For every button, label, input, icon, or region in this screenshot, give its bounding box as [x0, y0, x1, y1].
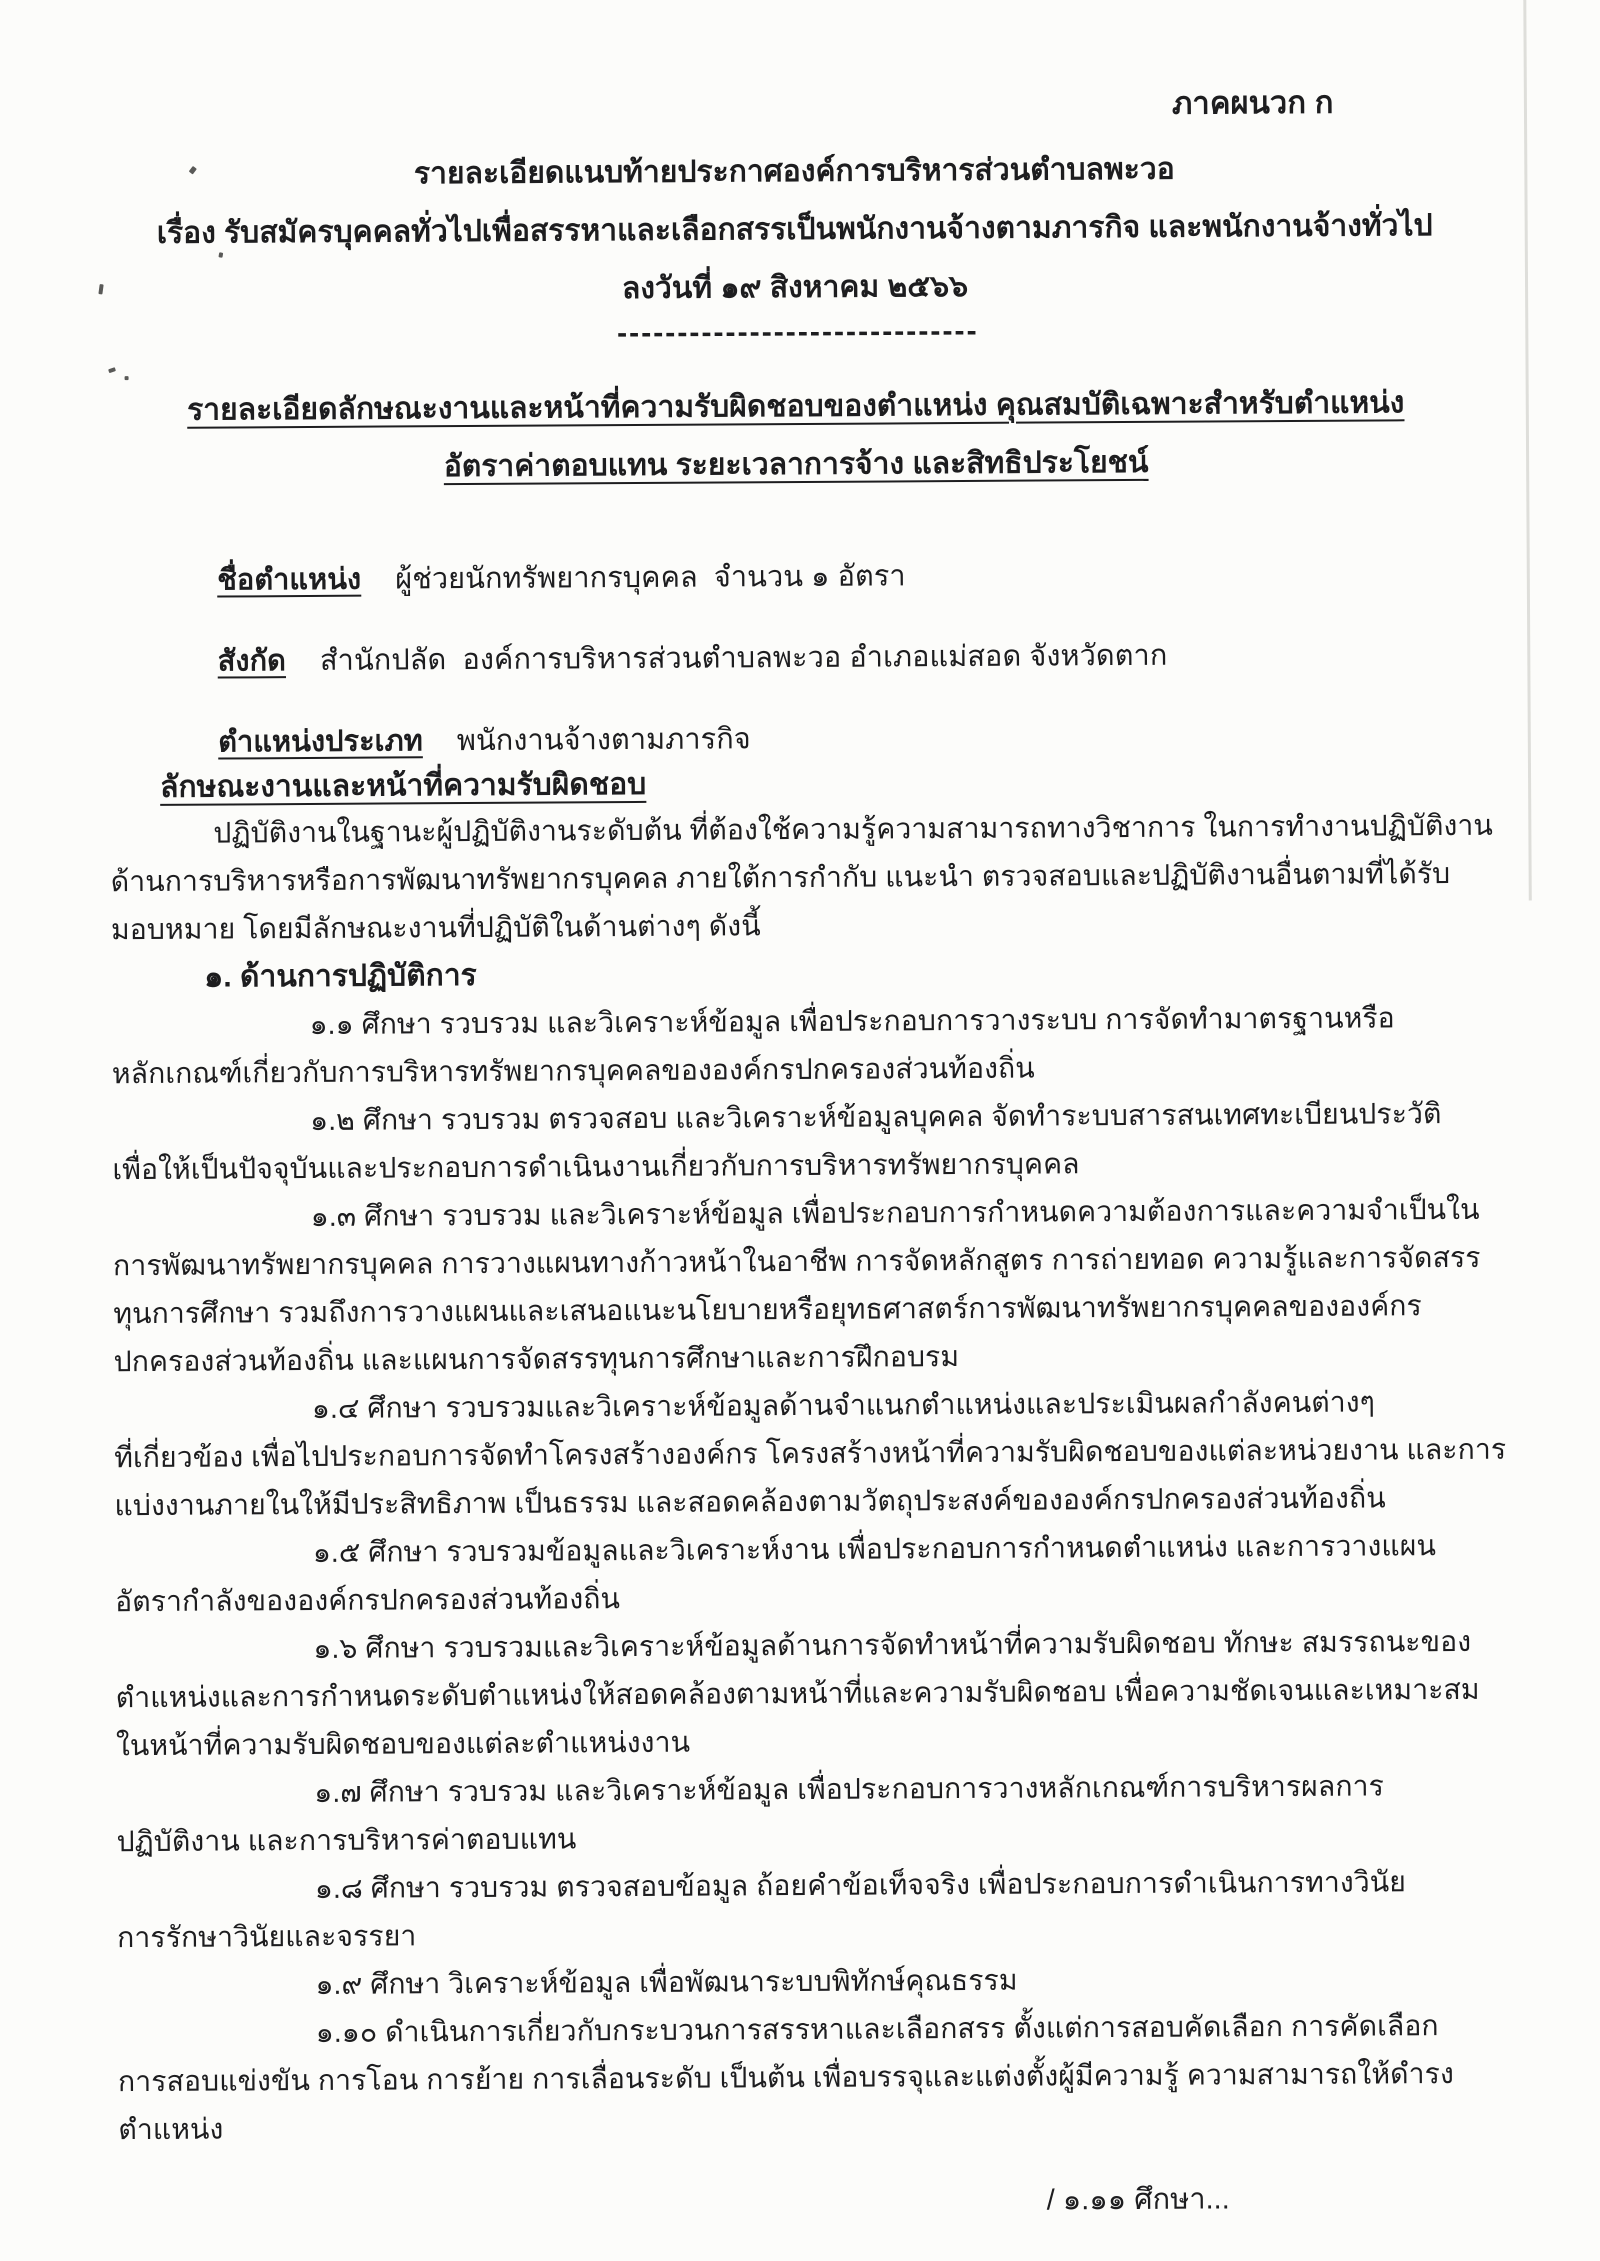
doc-title-date-line: ลงวันที่ ๑๙ สิงหาคม ๒๕๖๖	[0, 259, 1595, 316]
appendix-label: ภาคผนวก ก	[1172, 77, 1334, 128]
position-name-value: ผู้ช่วยนักทรัพยากรบุคคล จำนวน ๑ อัตรา	[395, 560, 906, 595]
section-heading-line-2: อัตราค่าตอบแทน ระยะเวลาการจ้าง และสิทธิป…	[0, 436, 1596, 493]
position-type-value: พนักงานจ้างตามภารกิจ	[457, 723, 751, 757]
position-type-label: ตำแหน่งประเภท	[218, 725, 423, 758]
doc-title-line-2: เรื่อง รับสมัครบุคคลทั่วไปเพื่อสรรหาและเ…	[0, 201, 1595, 258]
doc-text-line: ตำแหน่งและการกำหนดระดับตำแหน่งให้สอดคล้อ…	[115, 1665, 1575, 1722]
scanned-document-page: ภาคผนวก ก รายละเอียดแนบท้ายประกาศองค์การ…	[0, 0, 1600, 2261]
doc-text-line: ด้านการบริหารหรือการพัฒนาทรัพยากรบุคคล ภ…	[111, 849, 1571, 906]
dashed-divider: ------------------------------	[0, 313, 1595, 352]
doc-text-line: การสอบแข่งขัน การโอน การย้าย การเลื่อนระ…	[118, 2049, 1578, 2106]
body-lines: ปฏิบัติงานในฐานะผู้ปฏิบัติงานระดับต้น ที…	[110, 801, 1578, 2154]
department-label: สังกัด	[218, 645, 286, 677]
doc-text-line: ๑.๕ ศึกษา รวบรวมข้อมูลและวิเคราะห์งาน เพ…	[115, 1521, 1575, 1578]
ink-speck	[108, 367, 116, 373]
doc-title-line-1: รายละเอียดแนบท้ายประกาศองค์การบริหารส่วน…	[0, 143, 1594, 200]
position-name-label: ชื่อตำแหน่ง	[217, 564, 361, 597]
page-continuation-note: / ๑.๑๑ ศึกษา...	[1047, 2175, 1230, 2222]
doc-text-line: ๑.๒ ศึกษา รวบรวม ตรวจสอบ และวิเคราะห์ข้อ…	[112, 1089, 1572, 1146]
doc-text-line: ๑.๑ ศึกษา รวบรวม และวิเคราะห์ข้อมูล เพื่…	[111, 993, 1571, 1050]
department-value: สำนักปลัด องค์การบริหารส่วนตำบลพะวอ อำเภ…	[320, 640, 1168, 677]
section-heading-line-1: รายละเอียดลักษณะงานและหน้าที่ความรับผิดช…	[0, 378, 1596, 435]
doc-text-line: ตำแหน่ง	[118, 2097, 1578, 2154]
ink-specks	[0, 0, 1593, 5]
ink-speck	[125, 376, 129, 380]
doc-text-line: ๑.๗ ศึกษา รวบรวม และวิเคราะห์ข้อมูล เพื่…	[116, 1761, 1576, 1818]
doc-text-line: ๑.๘ ศึกษา รวบรวม ตรวจสอบข้อมูล ถ้อยคำข้อ…	[117, 1857, 1577, 1914]
doc-text-line: ทุนการศึกษา รวมถึงการวางแผนและเสนอแนะนโย…	[113, 1281, 1573, 1338]
duty-heading: ลักษณะงานและหน้าที่ความรับผิดชอบ	[160, 761, 646, 811]
document-sheet: ภาคผนวก ก รายละเอียดแนบท้ายประกาศองค์การ…	[0, 0, 1600, 2261]
